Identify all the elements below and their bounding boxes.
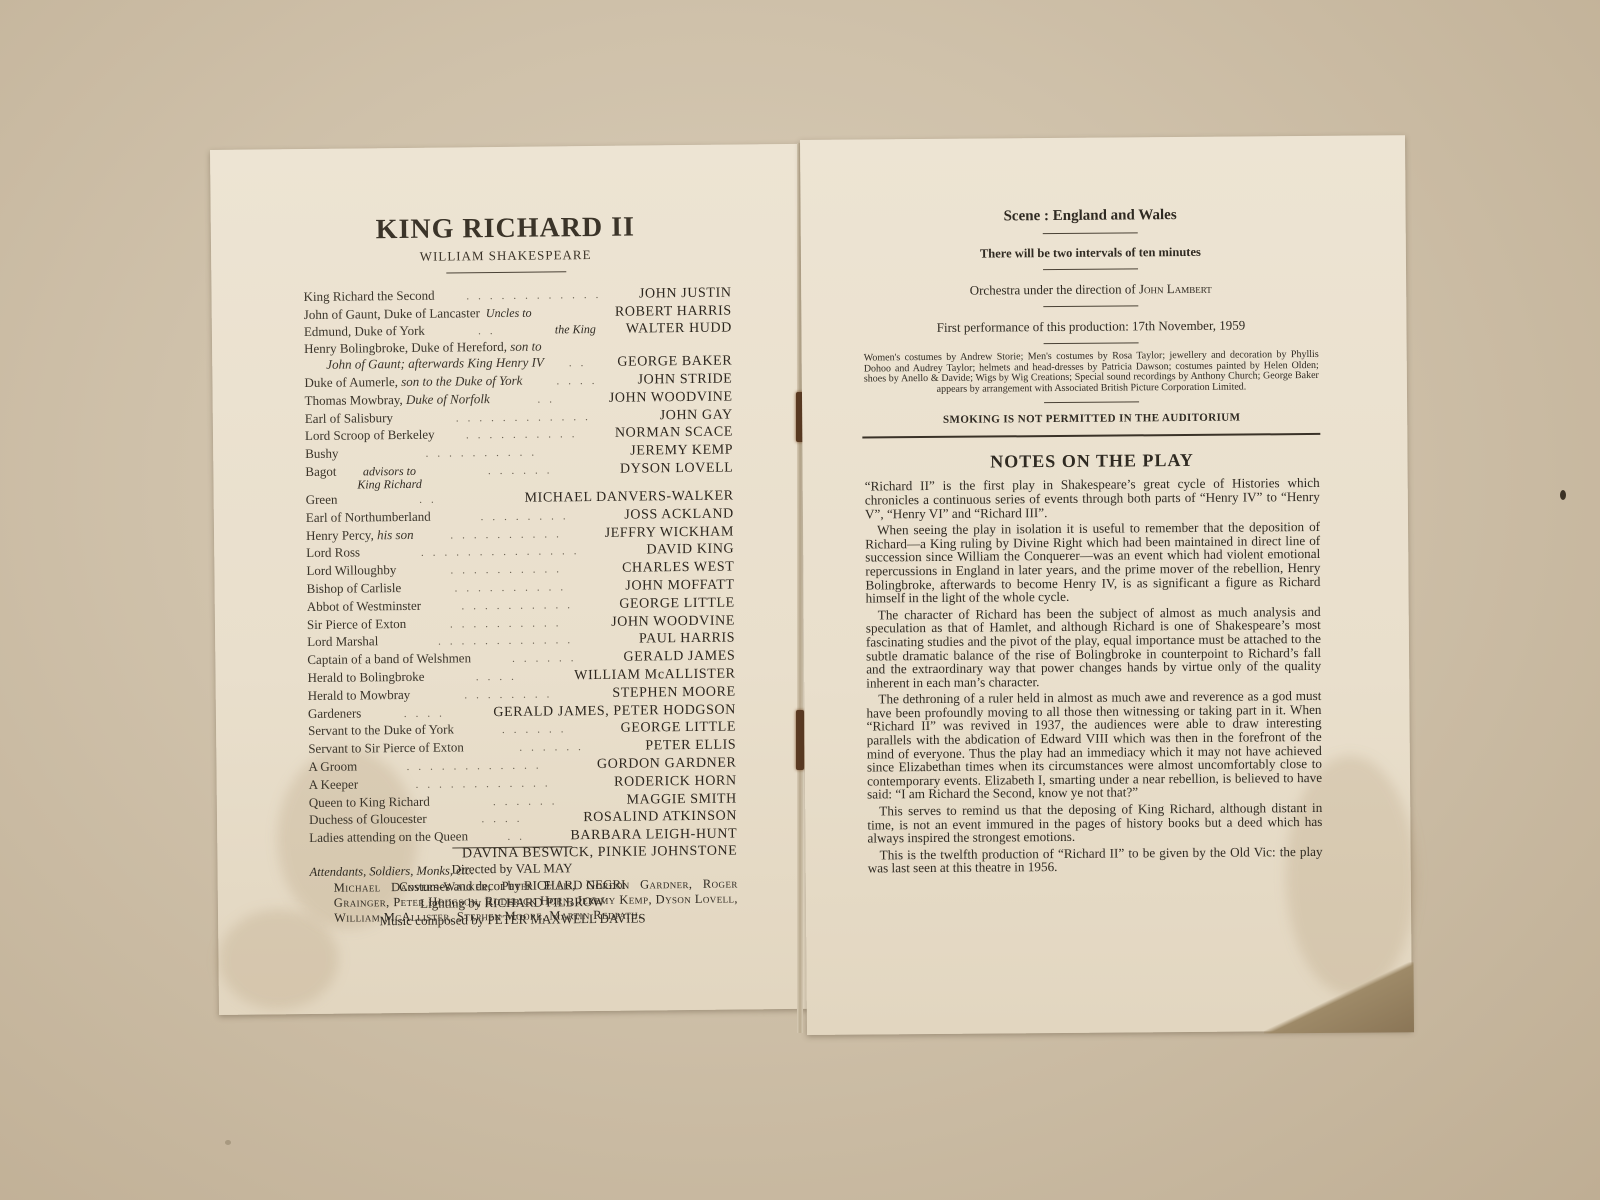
divider xyxy=(446,271,566,273)
notes-paragraph: The character of Richard has been the su… xyxy=(866,605,1322,690)
leader-dots: .. xyxy=(490,392,609,409)
right-page-content: Scene : England and Wales There will be … xyxy=(863,206,1323,879)
role: Bishop of Carlisle xyxy=(307,580,402,597)
leader-dots: ........ xyxy=(431,508,625,526)
leader-dots: .......... xyxy=(401,580,625,598)
role: John of Gaunt, Duke of Lancaster xyxy=(304,305,480,323)
leader-dots: ...... xyxy=(430,793,627,811)
actor: JOSS ACKLAND xyxy=(624,506,734,523)
role: Bushy xyxy=(305,446,338,462)
actor: GEORGE LITTLE xyxy=(621,720,737,737)
folded-corner xyxy=(1263,962,1414,1033)
actor: WILLIAM McALLISTER xyxy=(574,666,735,683)
notes-paragraph: This is the twelfth production of “Richa… xyxy=(868,845,1323,876)
role: Henry Percy, his son xyxy=(306,526,414,543)
actor: GERALD JAMES, PETER HODGSON xyxy=(493,702,736,720)
notes-paragraph: When seeing the play in isolation it is … xyxy=(865,520,1321,605)
role: Duchess of Gloucester xyxy=(309,811,427,828)
actor: GERALD JAMES xyxy=(623,649,735,666)
leader-dots: ...... xyxy=(426,463,620,481)
leader-dots: .... xyxy=(427,811,584,828)
role: Gardeners xyxy=(308,705,362,721)
actor: PAUL HARRIS xyxy=(639,631,735,648)
role: Lord Willoughby xyxy=(306,562,396,579)
actor: GEORGE BAKER xyxy=(617,354,732,371)
role: Thomas Mowbray, Duke of Norfolk xyxy=(305,391,490,409)
leader-dots: .......... xyxy=(406,615,611,633)
actor: PETER ELLIS xyxy=(645,738,736,755)
leader-dots: .... xyxy=(424,669,574,686)
actor: RODERICK HORN xyxy=(614,773,737,790)
leader-dots: ............ xyxy=(435,288,640,306)
role: Herald to Mowbray xyxy=(308,687,411,704)
actor: JOHN WOODVINE xyxy=(609,389,733,406)
actor: STEPHEN MOORE xyxy=(612,684,735,701)
leader-dots: ...... xyxy=(464,740,646,758)
orchestra-line: Orchestra under the direction of John La… xyxy=(863,280,1318,300)
actor: MICHAEL DANVERS-WALKER xyxy=(525,489,734,507)
actor: JOHN MOFFATT xyxy=(625,577,734,594)
programme-left-page: KING RICHARD II WILLIAM SHAKESPEARE King… xyxy=(210,144,809,1015)
role-note: Uncles to xyxy=(480,305,532,321)
production-credits: Directed by VAL MAY Costumes and decor b… xyxy=(217,844,807,931)
role: Bagot xyxy=(305,464,336,480)
notes-paragraph: “Richard II” is the first play in Shakes… xyxy=(865,476,1320,520)
leader-dots: ............ xyxy=(378,633,639,652)
actor: DAVID KING xyxy=(646,542,734,559)
leader-dots: .............. xyxy=(360,544,647,563)
actor: MAGGIE SMITH xyxy=(626,791,736,808)
role: Servant to Sir Pierce of Exton xyxy=(308,739,464,756)
role: Servant to the Duke of York xyxy=(308,722,454,739)
leader-dots: .. xyxy=(468,829,571,846)
leader-dots: .......... xyxy=(421,597,619,615)
role-note: advisors to King Richard xyxy=(336,465,426,492)
role: Lord Ross xyxy=(306,545,360,561)
role: Captain of a band of Welshmen xyxy=(307,650,471,668)
intervals-notice: There will be two intervals of ten minut… xyxy=(863,244,1318,263)
divider xyxy=(1043,232,1138,234)
actor: ROSALIND ATKINSON xyxy=(583,809,737,826)
role: John of Gaunt; afterwards King Henry IV xyxy=(326,355,544,373)
actor: JOHN WOODVINE xyxy=(611,613,735,630)
leader-dots: .......... xyxy=(435,427,615,445)
play-title: KING RICHARD II xyxy=(211,210,800,248)
surface-speck xyxy=(1560,490,1566,500)
role: A Keeper xyxy=(309,776,359,792)
actor: ROBERT HARRIS xyxy=(615,303,732,320)
leader-dots xyxy=(532,316,615,317)
actor: NORMAN SCACE xyxy=(615,425,733,442)
cast-row: Bagot advisors to King Richard ...... DY… xyxy=(305,460,733,492)
role: Lord Scroop of Berkeley xyxy=(305,427,435,444)
role: Abbot of Westminster xyxy=(307,598,421,615)
leader-dots: ...... xyxy=(454,722,621,740)
scene-heading: Scene : England and Wales xyxy=(863,206,1318,227)
divider xyxy=(862,433,1320,439)
leader-dots: .... xyxy=(361,706,493,723)
divider xyxy=(1044,402,1139,404)
role: Duke of Aumerle, son to the Duke of York xyxy=(304,373,522,391)
actor: GORDON GARDNER xyxy=(597,755,737,772)
leader-dots: .......... xyxy=(338,445,630,464)
first-performance: First performance of this production: 17… xyxy=(863,317,1318,337)
actor: WALTER HUDD xyxy=(626,320,732,337)
notes-title: NOTES ON THE PLAY xyxy=(864,449,1319,474)
programme-right-page: Scene : England and Wales There will be … xyxy=(800,135,1412,1035)
leader-dots: ........ xyxy=(410,687,612,705)
role: Ladies attending on the Queen xyxy=(309,828,468,845)
role: Sir Pierce of Exton xyxy=(307,616,406,633)
actor: JOHN STRIDE xyxy=(637,372,732,389)
divider xyxy=(1043,305,1138,307)
role: Earl of Northumberland xyxy=(306,508,431,525)
cast-list: King Richard the Second ............ JOH… xyxy=(303,285,738,926)
role: A Groom xyxy=(308,758,357,774)
leader-dots: ............ xyxy=(358,776,614,794)
actor: JOHN GAY xyxy=(660,407,733,424)
actor: BARBARA LEIGH-HUNT xyxy=(570,827,737,845)
role: King Richard the Second xyxy=(303,288,434,305)
role: Green xyxy=(306,492,338,508)
divider xyxy=(1043,268,1138,270)
divider xyxy=(452,846,572,848)
actor: DYSON LOVELL xyxy=(620,461,734,478)
costume-credits: Women's costumes by Andrew Storie; Men's… xyxy=(864,350,1319,396)
title-block: KING RICHARD II WILLIAM SHAKESPEARE xyxy=(211,210,801,276)
actor: JEFFRY WICKHAM xyxy=(605,524,735,541)
leader-dots: .......... xyxy=(413,526,604,544)
actor: JOHN JUSTIN xyxy=(639,286,732,303)
role: Earl of Salisbury xyxy=(305,410,393,427)
leader-dots: ...... xyxy=(471,651,624,668)
leader-dots: .. xyxy=(544,356,618,373)
role: Herald to Bolingbroke xyxy=(307,669,424,686)
notes-paragraph: This serves to remind us that the deposi… xyxy=(867,801,1322,845)
leader-dots: ............ xyxy=(393,409,660,428)
leader-dots: ............ xyxy=(357,758,597,776)
divider xyxy=(1044,342,1139,344)
leader-dots: .... xyxy=(522,374,637,391)
actor: CHARLES WEST xyxy=(622,560,735,577)
notes-body: “Richard II” is the first play in Shakes… xyxy=(865,476,1323,875)
role: Edmund, Duke of York xyxy=(304,322,425,339)
staple xyxy=(796,710,804,770)
notes-paragraph: The dethroning of a ruler held in almost… xyxy=(866,689,1322,801)
role: Queen to King Richard xyxy=(309,793,430,810)
leader-dots: .. xyxy=(425,323,555,340)
author-name: WILLIAM SHAKESPEARE xyxy=(211,245,800,267)
surface-speck xyxy=(225,1140,231,1145)
role: Lord Marshal xyxy=(307,634,378,651)
actor: GEORGE LITTLE xyxy=(619,595,735,612)
role-note: the King xyxy=(555,321,626,338)
leader-dots: .. xyxy=(337,492,524,510)
smoking-notice: SMOKING IS NOT PERMITTED IN THE AUDITORI… xyxy=(864,411,1319,427)
leader-dots: .......... xyxy=(396,562,622,580)
actor: JEREMY KEMP xyxy=(630,443,733,460)
